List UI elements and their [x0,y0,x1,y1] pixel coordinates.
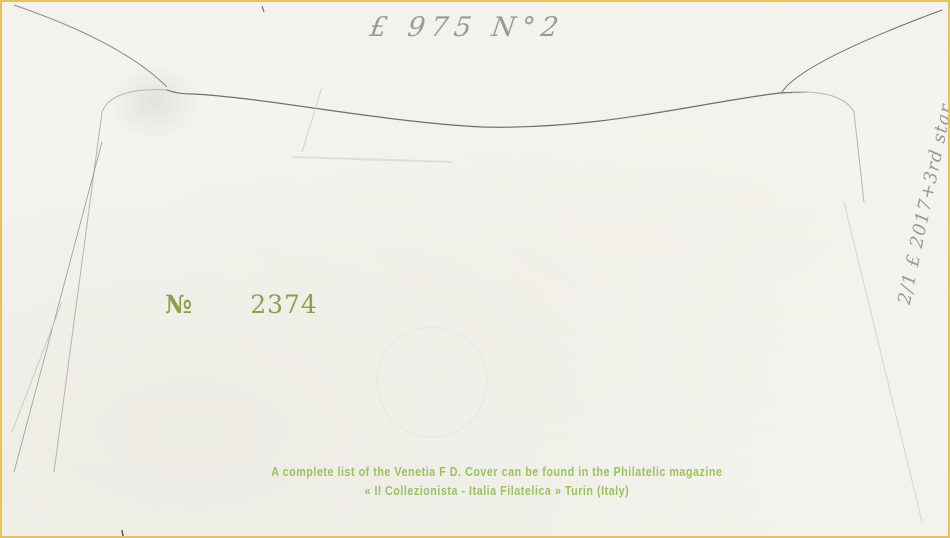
serial-number: № 2374 [165,290,318,319]
envelope-back: £ 975 N°2 2/1 £ 2017+3rd star № 2374 A c… [0,0,950,538]
serial-value: 2374 [250,290,318,319]
envelope-flap-outline [2,2,950,538]
numero-sign: № [165,290,192,319]
footer-line-2: « Il Collezionista - Italia Filatelica »… [106,482,889,501]
printed-footer: A complete list of the Venetia F D. Cove… [71,463,888,501]
pencil-price-note: £ 975 N°2 [368,12,567,43]
footer-line-1: A complete list of the Venetia F D. Cove… [106,463,889,482]
